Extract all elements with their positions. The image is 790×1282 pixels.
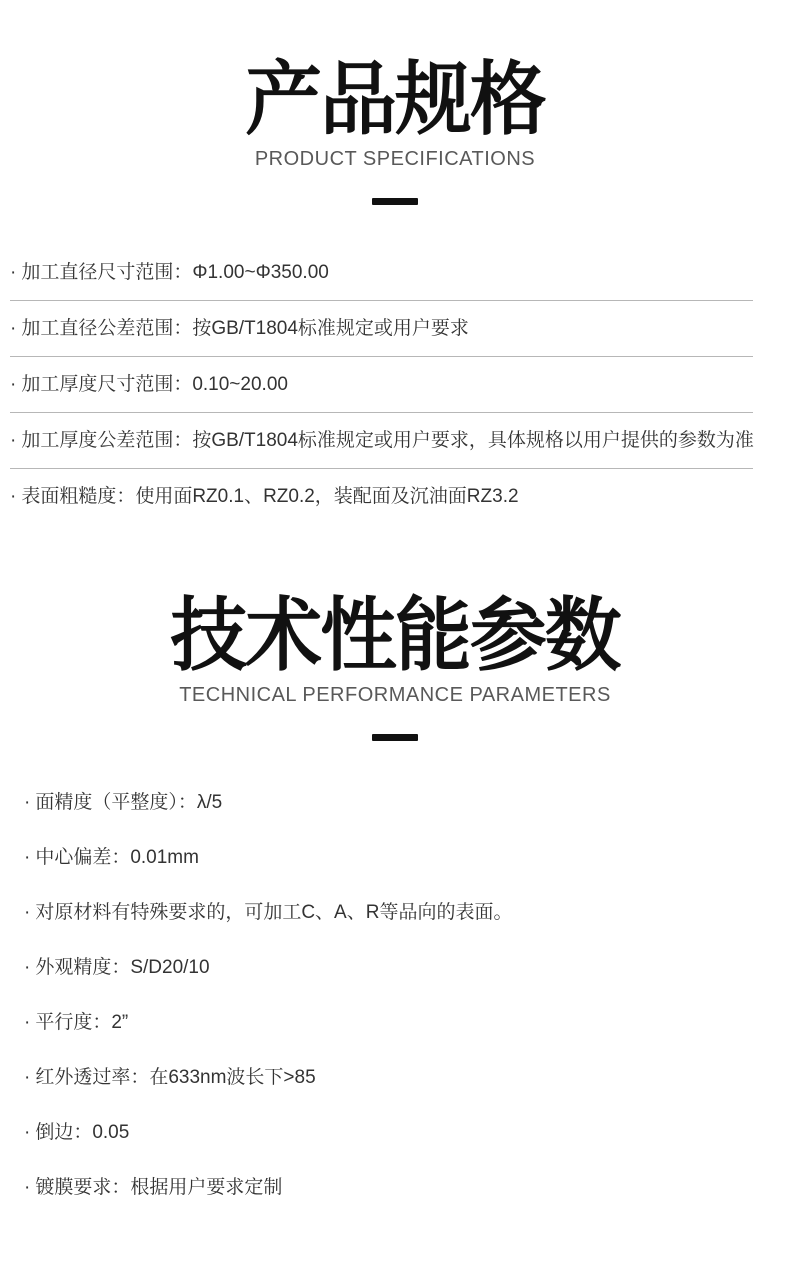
- param-row-appearance-accuracy: · 外观精度：S/D20/10: [24, 940, 770, 995]
- section-header-product-specs: 产品规格 PRODUCT SPECIFICATIONS: [0, 0, 790, 205]
- spec-row-thickness-tolerance-range: · 加工厚度公差范围：按GB/T1804标准规定或用户要求，具体规格以用户提供的…: [10, 413, 753, 469]
- section-subtitle-product-specs: PRODUCT SPECIFICATIONS: [0, 146, 790, 172]
- param-row-surface-accuracy: · 面精度（平整度）：λ/5: [24, 775, 770, 830]
- param-text: 面精度（平整度）：λ/5: [35, 790, 222, 816]
- param-row-raw-material-note: · 对原材料有特殊要求的，可加工C、A、R等品向的表面。: [24, 885, 770, 940]
- param-row-parallelism: · 平行度：2”: [24, 995, 770, 1050]
- spec-text: 加工直径公差范围：按GB/T1804标准规定或用户要求: [21, 316, 469, 342]
- param-row-ir-transmittance: · 红外透过率：在633nm波长下>85: [24, 1050, 770, 1105]
- param-text: 中心偏差：0.01mm: [35, 845, 199, 871]
- product-spec-list: · 加工直径尺寸范围：Φ1.00~Φ350.00 · 加工直径公差范围：按GB/…: [10, 245, 753, 524]
- title-underline-bar: [372, 198, 418, 205]
- bullet-dot: ·: [10, 260, 16, 286]
- spec-row-diameter-tolerance-range: · 加工直径公差范围：按GB/T1804标准规定或用户要求: [10, 301, 753, 357]
- param-text: 镀膜要求：根据用户要求定制: [35, 1175, 282, 1201]
- section-header-technical-params: 技术性能参数 TECHNICAL PERFORMANCE PARAMETERS: [0, 594, 790, 741]
- param-text: 平行度：2”: [35, 1010, 128, 1036]
- param-row-center-deviation: · 中心偏差：0.01mm: [24, 830, 770, 885]
- bullet-dot: ·: [24, 1175, 30, 1201]
- technical-param-list: · 面精度（平整度）：λ/5 · 中心偏差：0.01mm · 对原材料有特殊要求…: [24, 775, 770, 1215]
- bullet-dot: ·: [10, 484, 16, 510]
- bullet-dot: ·: [24, 955, 30, 981]
- spec-row-surface-roughness: · 表面粗糙度：使用面RZ0.1、RZ0.2，装配面及沉油面RZ3.2: [10, 469, 753, 524]
- spec-text: 加工厚度尺寸范围：0.10~20.00: [21, 372, 288, 398]
- param-row-coating-requirement: · 镀膜要求：根据用户要求定制: [24, 1160, 770, 1215]
- bullet-dot: ·: [10, 428, 16, 454]
- param-text: 对原材料有特殊要求的，可加工C、A、R等品向的表面。: [35, 900, 512, 926]
- title-underline-bar: [372, 734, 418, 741]
- bullet-dot: ·: [10, 372, 16, 398]
- spec-text: 加工直径尺寸范围：Φ1.00~Φ350.00: [21, 260, 329, 286]
- bullet-dot: ·: [10, 316, 16, 342]
- param-text: 外观精度：S/D20/10: [35, 955, 209, 981]
- section-title-product-specs: 产品规格: [16, 58, 774, 142]
- bullet-dot: ·: [24, 900, 30, 926]
- bullet-dot: ·: [24, 790, 30, 816]
- section-subtitle-technical-params: TECHNICAL PERFORMANCE PARAMETERS: [0, 682, 790, 708]
- param-text: 红外透过率：在633nm波长下>85: [35, 1065, 315, 1091]
- spec-text: 加工厚度公差范围：按GB/T1804标准规定或用户要求，具体规格以用户提供的参数…: [21, 428, 754, 454]
- param-row-bevel: · 倒边：0.05: [24, 1105, 770, 1160]
- bullet-dot: ·: [24, 1010, 30, 1036]
- bullet-dot: ·: [24, 845, 30, 871]
- product-spec-page: 产品规格 PRODUCT SPECIFICATIONS · 加工直径尺寸范围：Φ…: [0, 0, 790, 1282]
- section-title-technical-params: 技术性能参数: [16, 594, 774, 678]
- spec-row-diameter-size-range: · 加工直径尺寸范围：Φ1.00~Φ350.00: [10, 245, 753, 301]
- param-text: 倒边：0.05: [35, 1120, 129, 1146]
- bullet-dot: ·: [24, 1120, 30, 1146]
- spec-text: 表面粗糙度：使用面RZ0.1、RZ0.2，装配面及沉油面RZ3.2: [21, 484, 518, 510]
- bullet-dot: ·: [24, 1065, 30, 1091]
- spec-row-thickness-size-range: · 加工厚度尺寸范围：0.10~20.00: [10, 357, 753, 413]
